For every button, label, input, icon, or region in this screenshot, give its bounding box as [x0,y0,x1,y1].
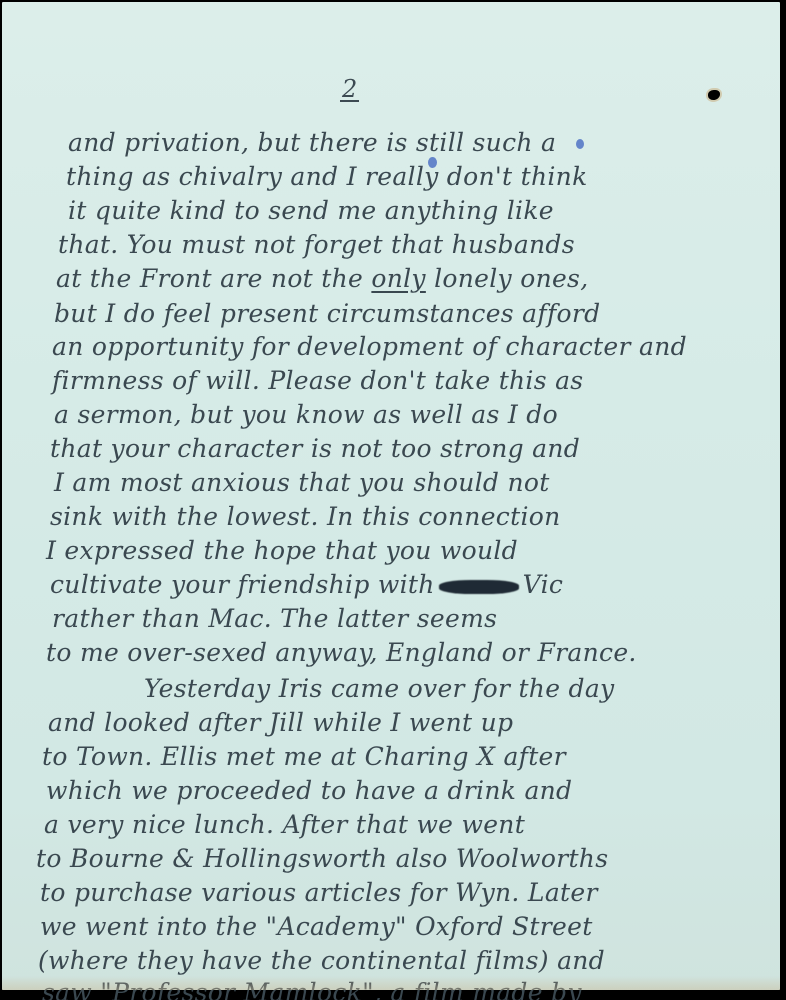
text-line: that your character is not too strong an… [50,434,580,463]
punch-hole [708,90,720,100]
text-line: it quite kind to send me anything like [68,196,554,225]
text-line: an opportunity for development of charac… [52,332,687,361]
text-line: rather than Mac. The latter seems [52,604,497,633]
text-line: saw "Professor Mamlock", a film made by [42,978,582,1000]
page-number: 2 [340,78,359,102]
letter-page: 2 and privation, but there is still such… [2,2,780,990]
text-line: sink with the lowest. In this connection [50,502,561,531]
text-line: and privation, but there is still such a [68,128,556,157]
text-line: to Town. Ellis met me at Charing X after [42,742,566,771]
text-line: cultivate your friendship with[crossed o… [50,570,563,599]
text-line: at the Front are not the only lonely one… [56,264,588,293]
ink-blot [576,139,584,149]
text-line: we went into the "Academy" Oxford Street [40,912,593,941]
text-line: (where they have the continental films) … [38,946,605,975]
text-segment: lonely ones, [426,264,589,293]
text-line: to me over-sexed anyway, England or Fran… [46,638,637,667]
text-segment: at the Front are not the [56,264,371,293]
text-line: but I do feel present circumstances affo… [54,299,600,328]
text-line: firmness of will. Please don't take this… [52,366,583,395]
text-line: and looked after Jill while I went up [48,708,513,737]
text-line: I am most anxious that you should not [54,468,550,497]
text-line: a sermon, but you know as well as I do [54,400,558,429]
text-line: to Bourne & Hollingsworth also Woolworth… [36,844,608,873]
crossed-out-word: [crossed out] [439,580,519,594]
text-line: which we proceeded to have a drink and [46,776,572,805]
text-line: thing as chivalry and I really don't thi… [66,162,588,191]
underlined-word: only [371,264,425,293]
text-line: to purchase various articles for Wyn. La… [40,878,598,907]
text-line: Yesterday Iris came over for the day [144,674,614,703]
text-line: I expressed the hope that you would [46,536,518,565]
text-line: a very nice lunch. After that we went [44,810,525,839]
text-segment: cultivate your friendship with [50,570,435,599]
text-line: that. You must not forget that husbands [58,230,575,259]
